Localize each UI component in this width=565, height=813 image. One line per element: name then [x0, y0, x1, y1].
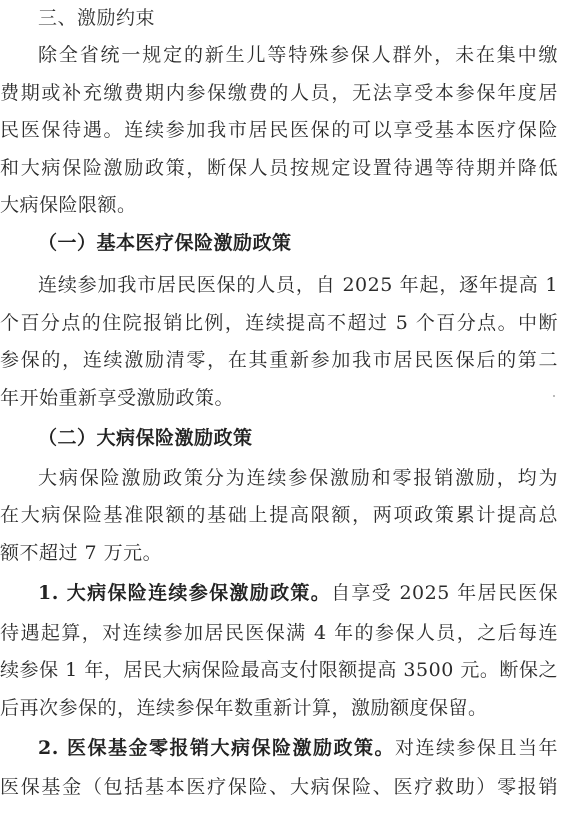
para1-line: 民医保待遇。连续参加我市居民医保的可以享受基本医疗保险	[0, 115, 558, 145]
document-page: 三、激励约束 除全省统一规定的新生儿等特殊参保人群外，未在集中缴 费期或补充缴费…	[0, 0, 565, 813]
para2-line: 参保的，连续激励清零，在其重新参加我市居民医保后的第二	[0, 345, 558, 375]
para1-line: 大病保险限额。	[0, 190, 565, 220]
para3-line: 大病保险激励政策分为连续参保激励和零报销激励，均为	[0, 463, 558, 493]
item2-line: 医保基金（包括基本医疗保险、大病保险、医疗救助）零报销	[0, 772, 558, 802]
para2-line: 连续参加我市居民医保的人员，自 2025 年起，逐年提高 1	[0, 270, 558, 300]
para1-line: 和大病保险激励政策，断保人员按规定设置待遇等待期并降低	[0, 153, 558, 183]
subsection-heading-2: （二）大病保险激励政策	[0, 423, 565, 453]
para1-line: 除全省统一规定的新生儿等特殊参保人群外，未在集中缴	[0, 40, 558, 70]
item2-text: 对连续参保且当年	[395, 737, 558, 759]
para3-line: 额不超过 7 万元。	[0, 538, 565, 568]
scan-speck	[553, 395, 555, 397]
item2-title: 2. 医保基金零报销大病保险激励政策。	[38, 737, 395, 759]
item2-first-line: 2. 医保基金零报销大病保险激励政策。对连续参保且当年	[0, 733, 558, 763]
section-heading: 三、激励约束	[0, 3, 565, 33]
item1-line: 待遇起算，对连续参加居民医保满 4 年的参保人员，之后每连	[0, 618, 558, 648]
item1-line: 续参保 1 年，居民大病保险最高支付限额提高 3500 元。断保之	[0, 655, 558, 685]
para2-line: 年开始重新享受激励政策。	[0, 383, 565, 413]
item1-text: 自享受 2025 年居民医保	[331, 582, 558, 604]
item1-line: 后再次参保的，连续参保年数重新计算，激励额度保留。	[0, 693, 565, 723]
para1-line: 费期或补充缴费期内参保缴费的人员，无法享受本参保年度居	[0, 78, 558, 108]
para3-line: 在大病保险基准限额的基础上提高限额，两项政策累计提高总	[0, 500, 558, 530]
item1-title: 1. 大病保险连续参保激励政策。	[38, 582, 331, 604]
para2-line: 个百分点的住院报销比例，连续提高不超过 5 个百分点。中断	[0, 308, 558, 338]
item1-first-line: 1. 大病保险连续参保激励政策。自享受 2025 年居民医保	[0, 578, 558, 608]
subsection-heading-1: （一）基本医疗保险激励政策	[0, 228, 565, 258]
